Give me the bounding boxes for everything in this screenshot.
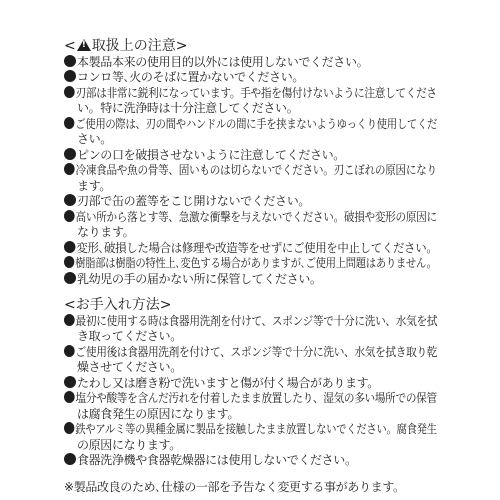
caution-item: ピンの口を破損させないように注意してください。 bbox=[64, 148, 345, 163]
bullet-icon bbox=[64, 55, 76, 67]
bullet-icon bbox=[64, 391, 75, 403]
caution-item-text: 本製品本来の使用目的以外には使用しないでください。 bbox=[77, 55, 368, 69]
bullet-icon bbox=[64, 163, 75, 175]
caution-item-text: 刃部で缶の蓋等をこじ開けないでください。 bbox=[77, 194, 310, 208]
bullet-icon bbox=[64, 210, 75, 222]
care-heading: <お手入れ方法> bbox=[64, 298, 171, 313]
bullet-icon bbox=[64, 194, 76, 206]
care-item-text: ご使用後は食器用洗剤を付けて、スポンジ等で十分に洗い、水気を拭き取り乾 bbox=[76, 345, 438, 359]
care-item-continuation: 燥させてください。 bbox=[77, 360, 182, 375]
bullet-icon bbox=[64, 314, 75, 326]
caution-item-continuation: なります。 bbox=[77, 225, 134, 240]
caution-item: 刃部は非常に鋭利になっています。手や指を傷付けないように注意してくださ bbox=[64, 86, 437, 101]
caution-item-text: ピンの口を破損させないように注意してください。 bbox=[77, 148, 345, 162]
care-item-text: 最初に使用する時は食器用洗剤を付けて、スポンジ等で十分に洗い、水気を拭 bbox=[76, 314, 438, 328]
care-item: 最初に使用する時は食器用洗剤を付けて、スポンジ等で十分に洗い、水気を拭 bbox=[64, 314, 437, 329]
care-item-text: 食器洗浄機や食器乾燥器には使用しないでください。 bbox=[77, 453, 357, 467]
caution-item: 樹脂部は樹脂の特性上､変色する場合がありますが､ご使用上問題はありません。 bbox=[64, 256, 437, 271]
bullet-icon bbox=[64, 453, 76, 465]
caution-item-continuation: さい。 bbox=[77, 132, 112, 147]
bullet-icon bbox=[64, 117, 74, 129]
caution-item: 乳幼児の手の届かない所に保管してください。 bbox=[64, 272, 322, 287]
bullet-icon bbox=[64, 272, 76, 284]
bullet-icon bbox=[64, 148, 76, 160]
caution-item-text: 変形､破損した場合は修理や改造等をせずにご使用を中止してください。 bbox=[76, 241, 437, 255]
care-item: 塩分や酸等を含んだ汚れを付着したまま放置したり、湿気の多い場所での保管 bbox=[64, 391, 437, 406]
care-item-continuation: き取ってください。 bbox=[77, 329, 182, 344]
heading-bracket-open: < bbox=[64, 38, 76, 54]
bullet-icon bbox=[64, 376, 76, 388]
caution-heading-text: 取扱上の注意 bbox=[92, 38, 176, 54]
care-item-continuation: は腐食発生の原因になります。 bbox=[77, 407, 239, 422]
caution-item: コンロ等､火のそばに置かないでください。 bbox=[64, 70, 304, 85]
caution-item: 高い所から落とす等、急激な衝撃を与えないでください。破損や変形の原因に bbox=[64, 210, 437, 225]
caution-item-text: 刃部は非常に鋭利になっています。手や指を傷付けないように注意してくださ bbox=[76, 86, 437, 100]
bullet-icon bbox=[64, 70, 76, 82]
caution-item-continuation: ます。 bbox=[77, 179, 111, 194]
caution-item: 変形､破損した場合は修理や改造等をせずにご使用を中止してください。 bbox=[64, 241, 437, 256]
bullet-icon bbox=[64, 86, 75, 98]
caution-item-text: 樹脂部は樹脂の特性上､変色する場合がありますが､ご使用上問題はありません。 bbox=[75, 256, 436, 270]
bullet-icon bbox=[64, 345, 75, 357]
caution-item: ご使用の際は、刃の間やハンドルの間に手を挟まないようゆっくり使用してくだ bbox=[64, 117, 437, 132]
caution-item-continuation: い。特に洗浄時は十分注意してください。 bbox=[77, 101, 298, 116]
care-item-continuation: の原因になります。 bbox=[77, 438, 181, 453]
instruction-sheet: <取扱上の注意> 本製品本来の使用目的以外には使用しないでください。 コンロ等､… bbox=[0, 0, 500, 500]
caution-item: 冷凍食品や魚の骨等、固いものは切らないでください。刃こぼれの原因になり bbox=[64, 163, 437, 178]
care-item-text: 鉄やアルミ等の異種金属に製品を接触したまま放置しないでください。腐食発生 bbox=[75, 422, 437, 436]
care-item: ご使用後は食器用洗剤を付けて、スポンジ等で十分に洗い、水気を拭き取り乾 bbox=[64, 345, 437, 360]
caution-item-text: 冷凍食品や魚の骨等、固いものは切らないでください。刃こぼれの原因になり bbox=[76, 163, 437, 177]
bullet-icon bbox=[64, 241, 75, 253]
caution-heading: <取扱上の注意> bbox=[64, 39, 187, 54]
bullet-icon bbox=[64, 422, 74, 434]
care-item: 食器洗浄機や食器乾燥器には使用しないでください。 bbox=[64, 453, 357, 468]
caution-item-text: ご使用の際は、刃の間やハンドルの間に手を挟まないようゆっくり使用してくだ bbox=[75, 117, 437, 131]
caution-item-text: コンロ等､火のそばに置かないでください。 bbox=[77, 70, 304, 84]
care-item: たわし又は磨き粉で洗いますと傷が付く場合があります。 bbox=[64, 376, 379, 391]
bullet-icon bbox=[64, 256, 74, 268]
heading-bracket-close: > bbox=[176, 38, 188, 54]
care-item-text: たわし又は磨き粉で洗いますと傷が付く場合があります。 bbox=[77, 376, 379, 390]
caution-item-text: 高い所から落とす等、急激な衝撃を与えないでください。破損や変形の原因に bbox=[76, 210, 437, 224]
footnote: ※製品改良のため､仕様の一部を予告なく変更する事があります。 bbox=[64, 480, 405, 495]
caution-item: 刃部で缶の蓋等をこじ開けないでください。 bbox=[64, 194, 310, 209]
caution-item: 本製品本来の使用目的以外には使用しないでください。 bbox=[64, 55, 368, 70]
care-item-text: 塩分や酸等を含んだ汚れを付着したまま放置したり、湿気の多い場所での保管 bbox=[76, 391, 437, 405]
caution-item-text: 乳幼児の手の届かない所に保管してください。 bbox=[77, 272, 322, 286]
care-item: 鉄やアルミ等の異種金属に製品を接触したまま放置しないでください。腐食発生 bbox=[64, 422, 437, 437]
warning-triangle-icon bbox=[77, 39, 91, 51]
